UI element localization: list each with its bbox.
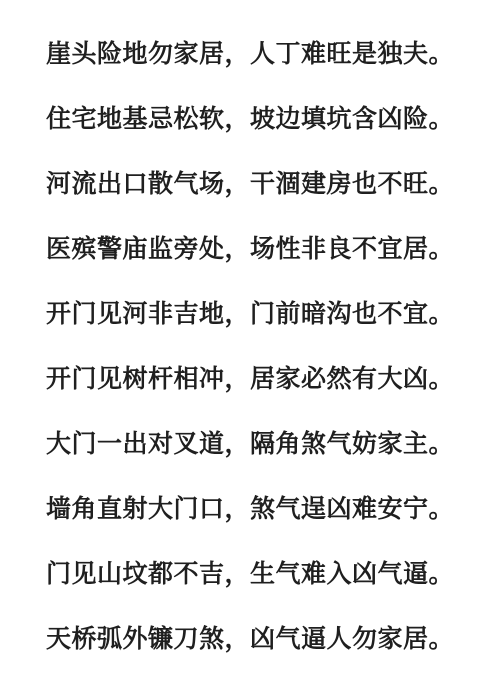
poem-line: 天桥弧外镰刀煞，凶气逼人勿家居。 xyxy=(0,607,500,672)
poem-line: 墙角直射大门口，煞气逞凶难安宁。 xyxy=(0,477,500,542)
poem-line: 崖头险地勿家居，人丁难旺是独夫。 xyxy=(0,22,500,87)
poem-line: 开门见树杆相冲，居家必然有大凶。 xyxy=(0,347,500,412)
poem-line: 开门见河非吉地，门前暗沟也不宜。 xyxy=(0,282,500,347)
poem-line: 医殡警庙监旁处，场性非良不宜居。 xyxy=(0,217,500,282)
poem-line: 河流出口散气场，干涸建房也不旺。 xyxy=(0,152,500,217)
poem-line: 大门一出对叉道，隔角煞气妨家主。 xyxy=(0,412,500,477)
poem-line: 住宅地基忌松软，坡边填坑含凶险。 xyxy=(0,87,500,152)
poem-line: 门见山坟都不吉，生气难入凶气逼。 xyxy=(0,542,500,607)
document: 崖头险地勿家居，人丁难旺是独夫。 住宅地基忌松软，坡边填坑含凶险。 河流出口散气… xyxy=(0,0,500,680)
